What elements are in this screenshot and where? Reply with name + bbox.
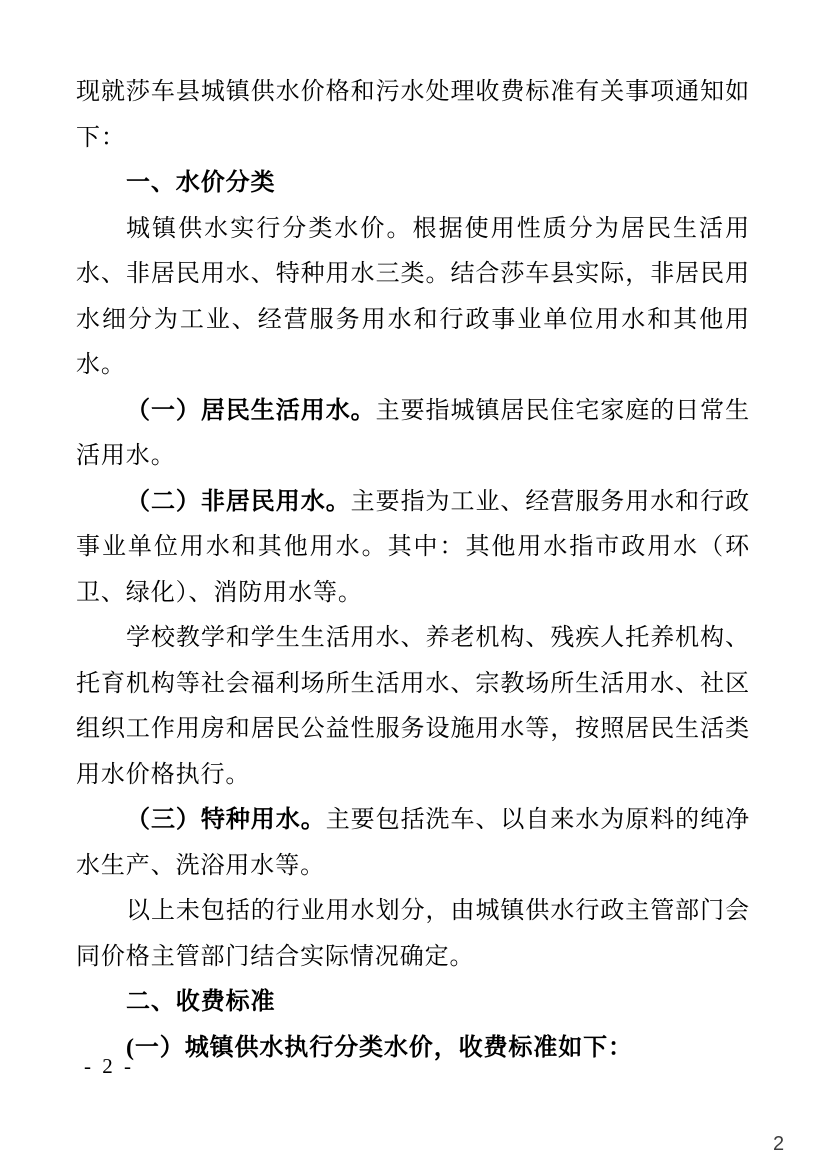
paragraph-fee-standard-lead-in: (一）城镇供水执行分类水价，收费标准如下： bbox=[76, 1026, 750, 1072]
paragraph-intro: 现就莎车县城镇供水价格和污水处理收费标准有关事项通知如下： bbox=[76, 70, 750, 161]
paragraph-text: 以上未包括的行业用水划分，由城镇供水行政主管部门会同价格主管部门结合实际情况确定… bbox=[76, 898, 750, 970]
paragraph-item-residential-water: （一）居民生活用水。主要指城镇居民住宅家庭的日常生活用水。 bbox=[76, 389, 750, 480]
paragraph-text: 城镇供水实行分类水价。根据使用性质分为居民生活用水、非居民用水、特种用水三类。结… bbox=[76, 216, 750, 379]
paragraph-text: 学校教学和学生生活用水、养老机构、残疾人托养机构、托育机构等社会福利场所生活用水… bbox=[76, 625, 750, 788]
item-label-special-water: （三）特种用水。 bbox=[126, 807, 326, 833]
item-label-residential-water: （一）居民生活用水。 bbox=[126, 398, 376, 424]
document-body: 现就莎车县城镇供水价格和污水处理收费标准有关事项通知如下： 一、水价分类 城镇供… bbox=[76, 70, 750, 1071]
section-heading-fee-standards: 二、收费标准 bbox=[76, 980, 750, 1026]
paragraph-classification-overview: 城镇供水实行分类水价。根据使用性质分为居民生活用水、非居民用水、特种用水三类。结… bbox=[76, 207, 750, 389]
paragraph-welfare-facilities: 学校教学和学生生活用水、养老机构、残疾人托养机构、托育机构等社会福利场所生活用水… bbox=[76, 616, 750, 798]
heading-text: 一、水价分类 bbox=[126, 170, 275, 196]
paragraph-uncovered-industries: 以上未包括的行业用水划分，由城镇供水行政主管部门会同价格主管部门结合实际情况确定… bbox=[76, 889, 750, 980]
paragraph-text: 现就莎车县城镇供水价格和污水处理收费标准有关事项通知如下： bbox=[76, 79, 750, 151]
paragraph-text: (一）城镇供水执行分类水价，收费标准如下： bbox=[126, 1035, 633, 1061]
heading-text: 二、收费标准 bbox=[126, 989, 275, 1015]
item-label-nonresidential-water: （二）非居民用水。 bbox=[126, 489, 351, 515]
viewer-page-number: 2 bbox=[773, 1133, 784, 1156]
footer-page-number: - 2 - bbox=[84, 1054, 134, 1079]
document-page: 现就莎车县城镇供水价格和污水处理收费标准有关事项通知如下： 一、水价分类 城镇供… bbox=[0, 0, 826, 1169]
paragraph-item-special-water: （三）特种用水。主要包括洗车、以自来水为原料的纯净水生产、洗浴用水等。 bbox=[76, 798, 750, 889]
section-heading-water-price-classification: 一、水价分类 bbox=[76, 161, 750, 207]
paragraph-item-nonresidential-water: （二）非居民用水。主要指为工业、经营服务用水和行政事业单位用水和其他用水。其中：… bbox=[76, 480, 750, 617]
